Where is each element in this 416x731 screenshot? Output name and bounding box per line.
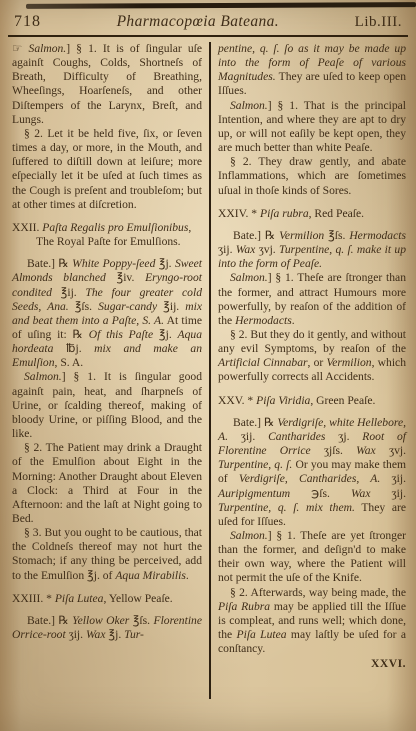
- text-segment: Auripigmentum: [218, 487, 290, 500]
- text-segment: ℈ſs.: [290, 487, 351, 500]
- book-page: 718 Pharmacopœia Bateana. Lib.III. ☞ Sal…: [0, 0, 416, 731]
- text-segment: Cantharides: [268, 430, 325, 443]
- running-title: Pharmacopœia Bateana.: [41, 13, 355, 31]
- text-segment: Salmon.: [230, 99, 268, 112]
- text-segment: Artificial Cinnabar: [218, 356, 308, 369]
- text-segment: Bate.] ℞: [27, 614, 72, 627]
- bate-recipe-xxv: Bate.] ℞ Verdigriſe, white Hellebore, A.…: [218, 416, 406, 529]
- text-segment: Turpentine, q. ſ.: [218, 458, 292, 471]
- salmon-commentary-xxii-3: § 3. But you ought to be cautious, that …: [12, 526, 202, 583]
- text-segment: § 2. The Patient may drink a Draught of …: [12, 441, 202, 525]
- text-segment: Vermilion: [279, 229, 324, 242]
- salmon-section-2: § 2. Let it be held five, ſix, or ſeven …: [12, 127, 202, 212]
- text-segment: Wax: [356, 444, 376, 457]
- text-segment: ℔j.: [53, 342, 94, 355]
- bate-recipe-xxiii-continued: pentine, q. ſ. ſo as it may be made up i…: [218, 42, 406, 99]
- text-segment: ℥ſs.: [324, 229, 349, 242]
- section-xxii-heading: XXII. Paſta Regalis pro Emulſionibus, Th…: [12, 221, 202, 249]
- text-segment: Piſa Lutea: [237, 628, 287, 641]
- text-segment: Salmon.: [29, 42, 67, 55]
- text-segment: XXV. *: [218, 394, 256, 407]
- text-segment: ʒjſs.: [311, 444, 356, 457]
- salmon-commentary-xxv-2: § 2. Afterwards, way being made, the Piſ…: [218, 586, 406, 657]
- manicule-icon: ☞: [12, 42, 29, 55]
- text-segment: Piſa Lutea: [55, 592, 104, 605]
- bate-recipe-xxiii: Bate.] ℞ Yellow Oker ℥ſs. Florentine Orr…: [12, 614, 202, 642]
- text-segment: ʒij.: [218, 243, 236, 256]
- text-segment: XXIII. *: [12, 592, 55, 605]
- text-segment: ℥ij.: [157, 300, 185, 313]
- left-column: ☞ Salmon.] § 1. It is of ſingular uſe ag…: [12, 42, 209, 699]
- text-segment: Bate.] ℞: [27, 257, 72, 270]
- text-segment: ℥iv.: [106, 271, 145, 284]
- page-number: 718: [14, 13, 41, 31]
- text-segment: Vermilion: [326, 356, 371, 369]
- salmon-commentary-xxii-1: Salmon.] § 1. It is ſingular good againſ…: [12, 370, 202, 441]
- text-segment: § 2. Afterwards, way being made, the: [230, 586, 406, 599]
- text-segment: , or: [308, 356, 327, 369]
- section-xxiv-heading: XXIV. * Piſa rubra, Red Peaſe.: [218, 207, 406, 221]
- text-segment: XXVI.: [371, 657, 406, 670]
- text-segment: § 2. Let it be held five, ſix, or ſeven …: [12, 127, 202, 211]
- text-segment: ℥ſs.: [69, 300, 98, 313]
- text-segment: ℥j.: [153, 328, 177, 341]
- salmon-commentary-xxiv-1: Salmon.] § 1. Theſe are ſtronger than th…: [218, 271, 406, 328]
- text-segment: Piſa rubra: [260, 207, 309, 220]
- book-label: Lib.III.: [355, 14, 402, 31]
- bate-recipe-xxiv: Bate.] ℞ Vermilion ℥ſs. Hermodacts ʒij. …: [218, 229, 406, 271]
- text-segment: ʒij.: [228, 430, 268, 443]
- text-segment: § 2. But they do it gently, and without …: [218, 328, 406, 355]
- text-segment: ℥ſs.: [129, 614, 153, 627]
- section-xxiii-heading: XXIII. * Piſa Lutea, Yellow Peaſe.: [12, 592, 202, 606]
- salmon-commentary-xxiv-2: § 2. But they do it gently, and without …: [218, 328, 406, 385]
- text-segment: Hermodacts: [235, 314, 292, 327]
- salmon-commentary-xxiii-2: § 2. They draw gently, and abate Inflamm…: [218, 155, 406, 197]
- text-segment: Paſta Regalis pro Emulſionibus: [42, 221, 188, 234]
- text-segment: ʒij.: [66, 628, 86, 641]
- text-segment: Verdigriſe, Cantharides, A.: [239, 472, 380, 485]
- text-segment: , Yellow Peaſe.: [103, 592, 172, 605]
- text-segment: Bate.] ℞: [233, 229, 279, 242]
- text-segment: Wax: [236, 243, 256, 256]
- text-segment: ʒij.: [370, 487, 406, 500]
- text-segment: White Poppy-ſeed: [72, 257, 155, 270]
- text-segment: XXIV. *: [218, 207, 260, 220]
- text-segment: .: [186, 569, 189, 582]
- section-xxv-heading: XXV. * Piſa Viridia, Green Peaſe.: [218, 394, 406, 408]
- text-segment: , Green Peaſe.: [310, 394, 375, 407]
- text-segment: Aqua Mirabilis: [115, 569, 186, 582]
- text-segment: ℥j.: [155, 257, 175, 270]
- salmon-commentary-xxv-1: Salmon.] § 1. Theſe are yet ſtronger tha…: [218, 529, 406, 586]
- text-segment: , Red Peaſe.: [309, 207, 364, 220]
- text-segment: Turpentine, q. ſ. mix them.: [218, 501, 355, 514]
- text-segment: Sugar-candy: [98, 300, 157, 313]
- text-segment: ʒij.: [380, 472, 406, 485]
- text-segment: ʒvj.: [255, 243, 279, 256]
- text-segment: , S. A.: [55, 356, 84, 369]
- text-segment: Wax: [351, 487, 371, 500]
- bate-recipe-xxii: Bate.] ℞ White Poppy-ſeed ℥j. Sweet Almo…: [12, 257, 202, 370]
- text-segment: Tur-: [124, 628, 144, 641]
- text-segment: Salmon.: [230, 529, 268, 542]
- salmon-commentary-xxiii-1: Salmon.] § 1. That is the principal Inte…: [218, 99, 406, 156]
- catchword-xxvi: XXVI.: [218, 657, 406, 671]
- text-segment: Of this Paſte: [89, 328, 153, 341]
- text-segment: Piſa Rubra: [218, 600, 270, 613]
- text-segment: ʒj.: [325, 430, 362, 443]
- text-segment: Wax: [86, 628, 106, 641]
- text-columns: ☞ Salmon.] § 1. It is of ſingular uſe ag…: [0, 37, 416, 699]
- text-segment: ℥j.: [106, 628, 125, 641]
- text-segment: Yellow Oker: [72, 614, 129, 627]
- text-segment: .: [292, 314, 295, 327]
- text-segment: § 2. They draw gently, and abate Inflamm…: [218, 155, 406, 196]
- salmon-commentary-opening: ☞ Salmon.] § 1. It is of ſingular uſe ag…: [12, 42, 202, 127]
- right-column: pentine, q. ſ. ſo as it may be made up i…: [209, 42, 406, 699]
- text-segment: ʒvj.: [376, 444, 406, 457]
- text-segment: XXII.: [12, 221, 42, 234]
- text-segment: Bate.] ℞: [233, 416, 277, 429]
- text-segment: Hermodacts: [349, 229, 406, 242]
- salmon-commentary-xxii-2: § 2. The Patient may drink a Draught of …: [12, 441, 202, 526]
- text-segment: Piſa Viridia: [256, 394, 310, 407]
- text-segment: ℥ij.: [52, 286, 86, 299]
- text-segment: Salmon.: [24, 370, 62, 383]
- text-segment: Salmon.: [230, 271, 268, 284]
